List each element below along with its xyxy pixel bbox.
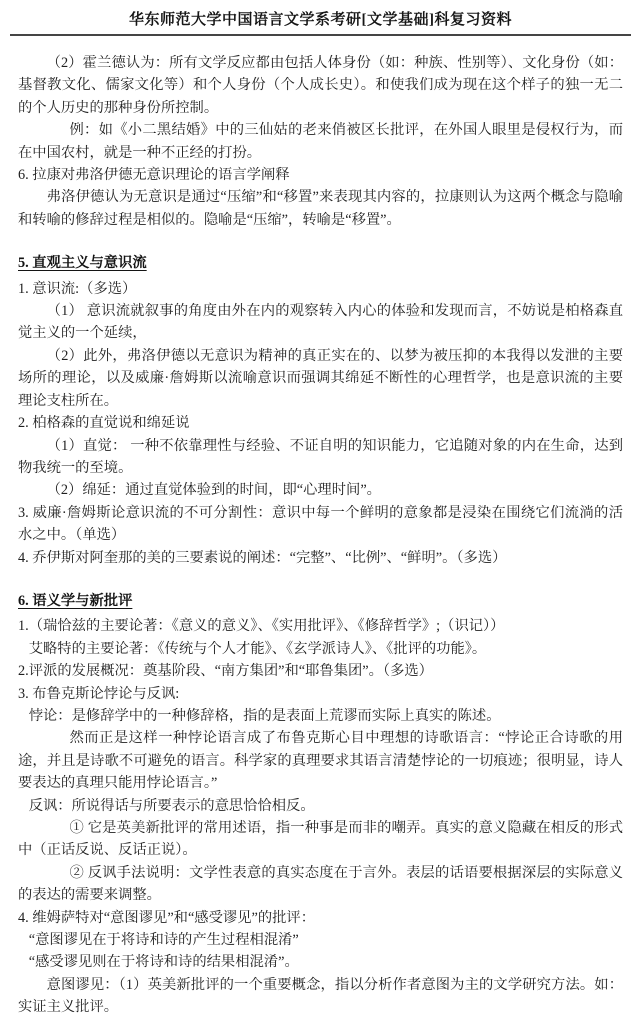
item-2-school-development: 2.评派的发展概况：奠基阶段、“南方集团”和“耶鲁集团”。（多选） — [18, 660, 623, 682]
para-holland-view: （2）霍兰德认为：所有文学反应都由包括人体身份（如：种族、性别等）、文化身份（如… — [18, 52, 623, 119]
para-2-duration: （2）绵延：通过直觉体验到的时间，即“心理时间”。 — [18, 479, 623, 501]
para-1-stream-narrative: （1） 意识流就叙事的角度由外在内的观察转入内心的体验和发现而言，不妨说是柏格森… — [18, 300, 623, 345]
para-irony-point-1: ① 它是英美新批评的常用述语，指一种事是而非的嘲弄。真实的意义隐藏在相反的形式中… — [18, 817, 623, 862]
item-4-joyce-aquinas: 4. 乔伊斯对阿奎那的美的三要素说的阐述：“完整”、“比例”、“鲜明”。（多选） — [18, 547, 623, 569]
item-1-stream-of-consciousness: 1. 意识流:（多选） — [18, 278, 623, 300]
para-affective-fallacy-quote: “感受谬见则在于将诗和诗的结果相混淆”。 — [18, 951, 623, 973]
title-divider — [10, 34, 631, 36]
document-title: 华东师范大学中国语言文学系考研[文学基础]科复习资料 — [18, 10, 623, 30]
item-4-wimsatt-fallacies: 4. 维姆萨特对“意图谬见”和“感受谬见”的批评： — [18, 907, 623, 929]
item-3-william-james: 3. 威廉·詹姆斯论意识流的不可分割性：意识中每一个鲜明的意象都是浸染在围绕它们… — [18, 502, 623, 547]
para-paradox-quote: 然而正是这样一种悖论语言成了布鲁克斯心目中理想的诗歌语言：“悖论正合诗歌的用途，… — [18, 727, 623, 794]
para-freud-condensation: 弗洛伊德认为无意识是通过“压缩”和“移置”来表现其内容的，拉康则认为这两个概念与… — [18, 186, 623, 231]
para-2-freud-james: （2）此外，弗洛伊德以无意识为精神的真正实在的、以梦为被压抑的本我得以发泄的主要… — [18, 345, 623, 412]
para-eliot-works: 艾略特的主要论著：《传统与个人才能》、《玄学派诗人》、《批评的功能》。 — [18, 638, 623, 660]
document-page: 华东师范大学中国语言文学系考研[文学基础]科复习资料 （2）霍兰德认为：所有文学… — [0, 0, 641, 1029]
item-3-brooks-paradox-irony: 3. 布鲁克斯论悖论与反讽: — [18, 683, 623, 705]
heading-section-6: 6. 语义学与新批评 — [18, 590, 623, 612]
heading-section-5: 5. 直观主义与意识流 — [18, 252, 623, 274]
document-body: （2）霍兰德认为：所有文学反应都由包括人体身份（如：种族、性别等）、文化身份（如… — [18, 52, 623, 1019]
para-irony-definition: 反讽：所说得话与所要表示的意思恰恰相反。 — [18, 795, 623, 817]
para-1-intuition: （1）直觉： 一种不依靠理性与经验、不证自明的知识能力，它追随对象的内在生命，达… — [18, 435, 623, 480]
item-1-richards-works: 1.（瑞恰兹的主要论著：《意义的意义》、《实用批评》、《修辞哲学》;（识记）） — [18, 615, 623, 637]
item-6-lacan-freud: 6. 拉康对弗洛伊德无意识理论的语言学阐释 — [18, 164, 623, 186]
item-2-bergson: 2. 柏格森的直觉说和绵延说 — [18, 412, 623, 434]
para-example-xiaoerhei: 例：如《小二黑结婚》中的三仙姑的老来俏被区长批评，在外国人眼里是侵权行为，而在中… — [18, 119, 623, 164]
para-paradox-definition: 悖论：是修辞学中的一种修辞格，指的是表面上荒谬而实际上真实的陈述。 — [18, 705, 623, 727]
para-intentional-fallacy-quote: “意图谬见在于将诗和诗的产生过程相混淆” — [18, 929, 623, 951]
para-irony-point-2: ② 反讽手法说明：文学性表意的真实态度在于言外。表层的话语要根据深层的实际意义的… — [18, 862, 623, 907]
para-intentional-fallacy-def: 意图谬见：（1）英美新批评的一个重要概念，指以分析作者意图为主的文学研究方法。如… — [18, 974, 623, 1019]
